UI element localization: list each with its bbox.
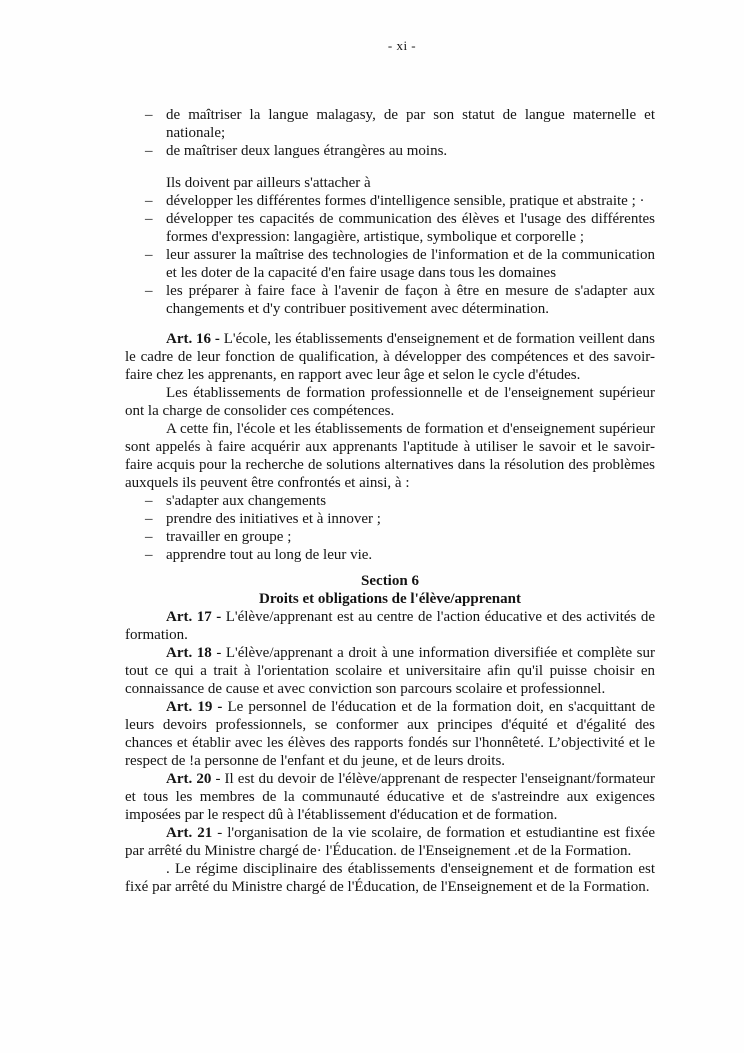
article-label: Art. 16 - — [166, 331, 220, 347]
bullet-dash-marker: – — [145, 492, 153, 510]
paragraph-article-16-p2: Les établissements de formation professi… — [125, 384, 655, 420]
section-title: Section 6 — [125, 572, 655, 590]
page-number: - xi - — [388, 38, 416, 53]
list-item-text: développer les différentes formes d'inte… — [166, 193, 645, 209]
bullet-dash-marker: – — [145, 510, 153, 528]
bullet-dash-marker: – — [145, 282, 153, 300]
bullet-dash-marker: – — [145, 246, 153, 264]
paragraph-article-20: Art. 20 - Il est du devoir de l'élève/ap… — [125, 770, 655, 824]
paragraph-article-18: Art. 18 - L'élève/apprenant a droit à un… — [125, 644, 655, 698]
bullet-list-skills: – s'adapter aux changements – prendre de… — [125, 492, 655, 564]
article-label: Art. 18 — [166, 645, 212, 661]
bullet-dash-marker: – — [145, 106, 153, 124]
paragraph-article-17: Art. 17 - L'élève/apprenant est au centr… — [125, 608, 655, 644]
paragraph-article-21: Art. 21 - l'organisation de la vie scola… — [125, 824, 655, 860]
document-body: – de maîtriser la langue malagasy, de pa… — [125, 106, 655, 896]
article-label: Art. 17 - — [166, 609, 221, 625]
list-item: – développer tes capacités de communicat… — [125, 210, 655, 246]
section-subtitle: Droits et obligations de l'élève/apprena… — [125, 590, 655, 608]
list-item: – travailler en groupe ; — [125, 528, 655, 546]
paragraph-article-16-p3: A cette fin, l'école et les établissemen… — [125, 420, 655, 492]
document-page: - xi - – de maîtriser la langue malagasy… — [0, 0, 744, 1053]
list-item-text: travailler en groupe ; — [166, 529, 291, 545]
article-label: Art. 20 — [166, 771, 211, 787]
list-item-text: s'adapter aux changements — [166, 493, 326, 509]
list-item: – développer les différentes formes d'in… — [125, 192, 655, 210]
list-item-text: les préparer à faire face à l'avenir de … — [166, 283, 655, 317]
list-item: – de maîtriser la langue malagasy, de pa… — [125, 106, 655, 142]
bullet-dash-marker: – — [145, 528, 153, 546]
article-label: Art. 19 - — [166, 699, 222, 715]
section-heading: Section 6 Droits et obligations de l'élè… — [125, 572, 655, 608]
list-item-text: de maîtriser la langue malagasy, de par … — [166, 107, 655, 141]
bullet-list-objectives: – développer les différentes formes d'in… — [125, 192, 655, 318]
list-item: – prendre des initiatives et à innover ; — [125, 510, 655, 528]
bullet-dash-marker: – — [145, 192, 153, 210]
bullet-list-languages: – de maîtriser la langue malagasy, de pa… — [125, 106, 655, 160]
bullet-dash-marker: – — [145, 546, 153, 564]
page-header: - xi - — [30, 0, 744, 53]
paragraph-article-16: Art. 16 - L'école, les établissements d'… — [125, 330, 655, 384]
list-item: – leur assurer la maîtrise des technolog… — [125, 246, 655, 282]
list-item: – s'adapter aux changements — [125, 492, 655, 510]
paragraph-article-19: Art. 19 - Le personnel de l'éducation et… — [125, 698, 655, 770]
article-label: Art. 21 — [166, 825, 212, 841]
bullet-dash-marker: – — [145, 210, 153, 228]
list-item: – les préparer à faire face à l'avenir d… — [125, 282, 655, 318]
list-item-text: de maîtriser deux langues étrangères au … — [166, 143, 447, 159]
list-item: – de maîtriser deux langues étrangères a… — [125, 142, 655, 160]
list-item-text: apprendre tout au long de leur vie. — [166, 547, 372, 563]
list-item-text: prendre des initiatives et à innover ; — [166, 511, 381, 527]
list-item: – apprendre tout au long de leur vie. — [125, 546, 655, 564]
list-item-text: développer tes capacités de communicatio… — [166, 211, 655, 245]
paragraph-article-21-p2: . Le régime disciplinaire des établissem… — [125, 860, 655, 896]
bullet-dash-marker: – — [145, 142, 153, 160]
list-item-text: leur assurer la maîtrise des technologie… — [166, 247, 655, 281]
intro-line: Ils doivent par ailleurs s'attacher à — [125, 174, 655, 192]
